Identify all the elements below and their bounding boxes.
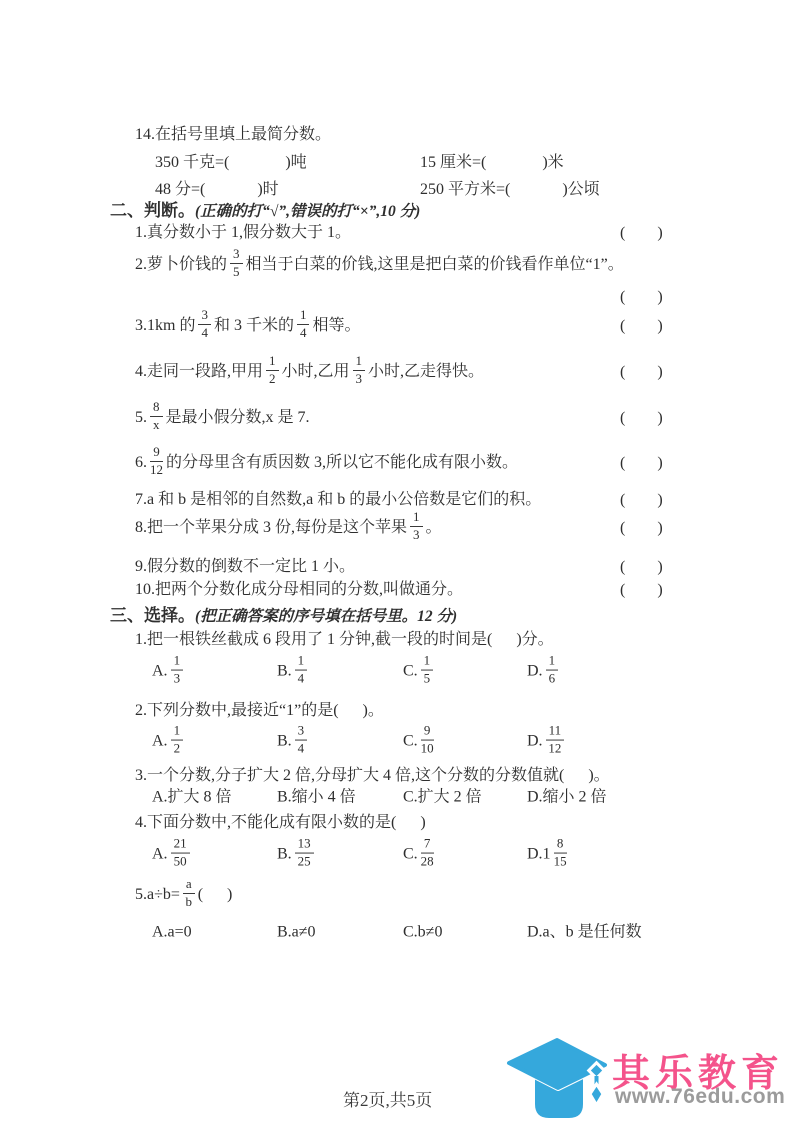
judge-item-10-answer-blank: ( ) [620, 579, 663, 600]
choice-5-option-b: B.a≠0 [277, 921, 316, 942]
choice-2-option-a: A.12 [152, 726, 186, 759]
fraction: 1325 [295, 837, 314, 870]
brand-logo: 其乐教育 www.76edu.com [505, 1032, 793, 1122]
choice-1-option-a: A.13 [152, 656, 186, 689]
judge-item-1: 1.真分数小于 1,假分数大于 1。( ) [0, 222, 793, 243]
choice-1-option-d: D.16 [527, 656, 561, 689]
judge-item-2: 2.萝卜价钱的35相当于白菜的价钱,这里是把白菜的价钱看作单位“1”。 [0, 249, 793, 282]
fraction: 34 [198, 308, 211, 341]
choice-4-option-c: C.728 [403, 839, 437, 872]
judge-item-9-text: 9.假分数的倒数不一定比 1 小。 [135, 558, 355, 575]
choice-4-option-a: A.2150 [152, 839, 193, 872]
judge-item-6-text: 6.912的分母里含有质因数 3,所以它不能化成有限小数。 [135, 454, 518, 471]
choice-5-option-d: D.a、b 是任何数 [527, 921, 642, 942]
choice-1-option-c: C.15 [403, 656, 436, 689]
choice-2-option-d: D.1112 [527, 726, 567, 759]
fraction: 12 [171, 724, 184, 757]
judge-item-10: 10.把两个分数化成分母相同的分数,叫做通分。( ) [0, 579, 793, 600]
brand-website: www.76edu.com [615, 1085, 785, 1109]
fill-blank-min-hour: 48 分=( )时 [155, 181, 279, 198]
graduation-cap-icon [505, 1034, 609, 1122]
choice-4-option-b: B.1325 [277, 839, 317, 872]
choice-4-option-d: D.1815 [527, 839, 570, 872]
choice-item-1-stem: 1.把一根铁丝截成 6 段用了 1 分钟,截一段的时间是( )分。 [0, 629, 793, 650]
fraction: 815 [554, 837, 567, 870]
fraction: 8x [150, 400, 163, 433]
judge-item-4-answer-blank: ( ) [620, 362, 663, 383]
judge-item-3-answer-blank: ( ) [620, 316, 663, 337]
page-number: 第2页,共5页 [343, 1086, 432, 1111]
choice-item-3-stem-text: 3.一个分数,分子扩大 2 倍,分母扩大 4 倍,这个分数的分数值就( )。 [135, 767, 610, 784]
fraction: 910 [421, 724, 434, 757]
choice-3-option-d: D.缩小 2 倍 [527, 786, 607, 807]
fraction: ab [183, 877, 195, 910]
fraction: 912 [150, 445, 163, 478]
choice-item-4-options: A.2150 B.1325 C.728 D.1815 [0, 834, 793, 876]
choice-3-option-a: A.扩大 8 倍 [152, 786, 232, 807]
judge-item-10-text: 10.把两个分数化成分母相同的分数,叫做通分。 [135, 581, 463, 598]
fraction: 14 [297, 308, 310, 341]
fraction: 35 [230, 247, 243, 280]
fraction: 728 [421, 837, 434, 870]
judge-section-title: 二、判断。 [110, 201, 195, 220]
question-14-row-1: 350 千克=( )吨 15 厘米=( )米 [0, 152, 793, 173]
choice-3-option-c: C.扩大 2 倍 [403, 786, 482, 807]
fraction: 15 [421, 654, 434, 687]
judge-item-1-answer-blank: ( ) [620, 222, 663, 243]
question-14-title-text: 14.在括号里填上最简分数。 [135, 126, 331, 143]
judge-item-3-text: 3.1km 的34和 3 千米的14相等。 [135, 317, 360, 334]
exam-page: 14.在括号里填上最简分数。 350 千克=( )吨 15 厘米=( )米 48… [0, 0, 793, 1122]
choice-section-header: 三、选择。(把正确答案的序号填在括号里。12 分) [0, 605, 793, 627]
judge-item-3: 3.1km 的34和 3 千米的14相等。( ) [0, 310, 793, 343]
fill-blank-sqm-hectare: 250 平方米=( )公顷 [420, 179, 600, 200]
judge-item-9: 9.假分数的倒数不一定比 1 小。( ) [0, 556, 793, 577]
fraction: 13 [171, 654, 184, 687]
fill-blank-kg-ton: 350 千克=( )吨 [155, 154, 307, 171]
judge-item-2-text: 2.萝卜价钱的35相当于白菜的价钱,这里是把白菜的价钱看作单位“1”。 [135, 256, 624, 273]
judge-item-8-answer-blank: ( ) [620, 518, 663, 539]
choice-3-option-b: B.缩小 4 倍 [277, 786, 356, 807]
fill-blank-cm-m: 15 厘米=( )米 [420, 152, 564, 173]
fraction: 16 [546, 654, 559, 687]
choice-item-2-stem: 2.下列分数中,最接近“1”的是( )。 [0, 700, 793, 721]
choice-1-option-b: B.14 [277, 656, 310, 689]
judge-item-7-text: 7.a 和 b 是相邻的自然数,a 和 b 的最小公倍数是它们的积。 [135, 491, 541, 508]
judge-item-2-answer-line: ( ) [0, 286, 793, 307]
judge-item-7-answer-blank: ( ) [620, 489, 663, 510]
fraction: 14 [295, 654, 308, 687]
fraction: 12 [266, 354, 279, 387]
fraction: 1112 [546, 724, 565, 757]
choice-item-3-options: A.扩大 8 倍 B.缩小 4 倍 C.扩大 2 倍 D.缩小 2 倍 [0, 786, 793, 807]
judge-item-6: 6.912的分母里含有质因数 3,所以它不能化成有限小数。( ) [0, 447, 793, 480]
choice-2-option-b: B.34 [277, 726, 310, 759]
judge-item-8: 8.把一个苹果分成 3 份,每份是这个苹果13。( ) [0, 512, 793, 545]
choice-item-4-stem: 4.下面分数中,不能化成有限小数的是( ) [0, 812, 793, 833]
fraction: 34 [295, 724, 308, 757]
judge-item-6-answer-blank: ( ) [620, 453, 663, 474]
judge-item-5-text: 5.8x是最小假分数,x 是 7. [135, 409, 310, 426]
choice-item-2-stem-text: 2.下列分数中,最接近“1”的是( )。 [135, 702, 384, 719]
judge-item-8-text: 8.把一个苹果分成 3 份,每份是这个苹果13。 [135, 519, 442, 536]
fraction: 2150 [171, 837, 190, 870]
choice-5-option-c: C.b≠0 [403, 921, 442, 942]
choice-item-3-stem: 3.一个分数,分子扩大 2 倍,分母扩大 4 倍,这个分数的分数值就( )。 [0, 765, 793, 786]
choice-item-5-stem-text: 5.a÷b=ab( ) [135, 886, 232, 903]
judge-item-5-answer-blank: ( ) [620, 408, 663, 429]
fraction: 13 [353, 354, 366, 387]
judge-item-4: 4.走同一段路,甲用12小时,乙用13小时,乙走得快。( ) [0, 356, 793, 389]
choice-section-title: 三、选择。 [110, 606, 195, 625]
choice-item-4-stem-text: 4.下面分数中,不能化成有限小数的是( ) [135, 814, 426, 831]
choice-section-note: (把正确答案的序号填在括号里。12 分) [195, 608, 457, 625]
choice-item-1-stem-text: 1.把一根铁丝截成 6 段用了 1 分钟,截一段的时间是( )分。 [135, 631, 554, 648]
judge-item-4-text: 4.走同一段路,甲用12小时,乙用13小时,乙走得快。 [135, 363, 484, 380]
choice-item-5-stem: 5.a÷b=ab( ) [0, 879, 793, 912]
judge-item-5: 5.8x是最小假分数,x 是 7.( ) [0, 402, 793, 435]
question-14-title: 14.在括号里填上最简分数。 [0, 124, 793, 145]
choice-item-1-options: A.13 B.14 C.15 D.16 [0, 651, 793, 693]
question-14-row-2: 48 分=( )时 250 平方米=( )公顷 [0, 179, 793, 200]
choice-item-5-options: A.a=0 B.a≠0 C.b≠0 D.a、b 是任何数 [0, 921, 793, 942]
fraction: 13 [410, 510, 423, 543]
choice-item-2-options: A.12 B.34 C.910 D.1112 [0, 721, 793, 763]
judge-item-7: 7.a 和 b 是相邻的自然数,a 和 b 的最小公倍数是它们的积。( ) [0, 489, 793, 510]
judge-item-9-answer-blank: ( ) [620, 556, 663, 577]
judge-item-2-answer-blank: ( ) [620, 286, 663, 307]
judge-section-note: (正确的打“√”,错误的打“×”,10 分) [195, 203, 420, 220]
judge-section-header: 二、判断。(正确的打“√”,错误的打“×”,10 分) [0, 200, 793, 222]
judge-item-1-text: 1.真分数小于 1,假分数大于 1。 [135, 224, 351, 241]
choice-2-option-c: C.910 [403, 726, 437, 759]
choice-5-option-a: A.a=0 [152, 921, 192, 942]
